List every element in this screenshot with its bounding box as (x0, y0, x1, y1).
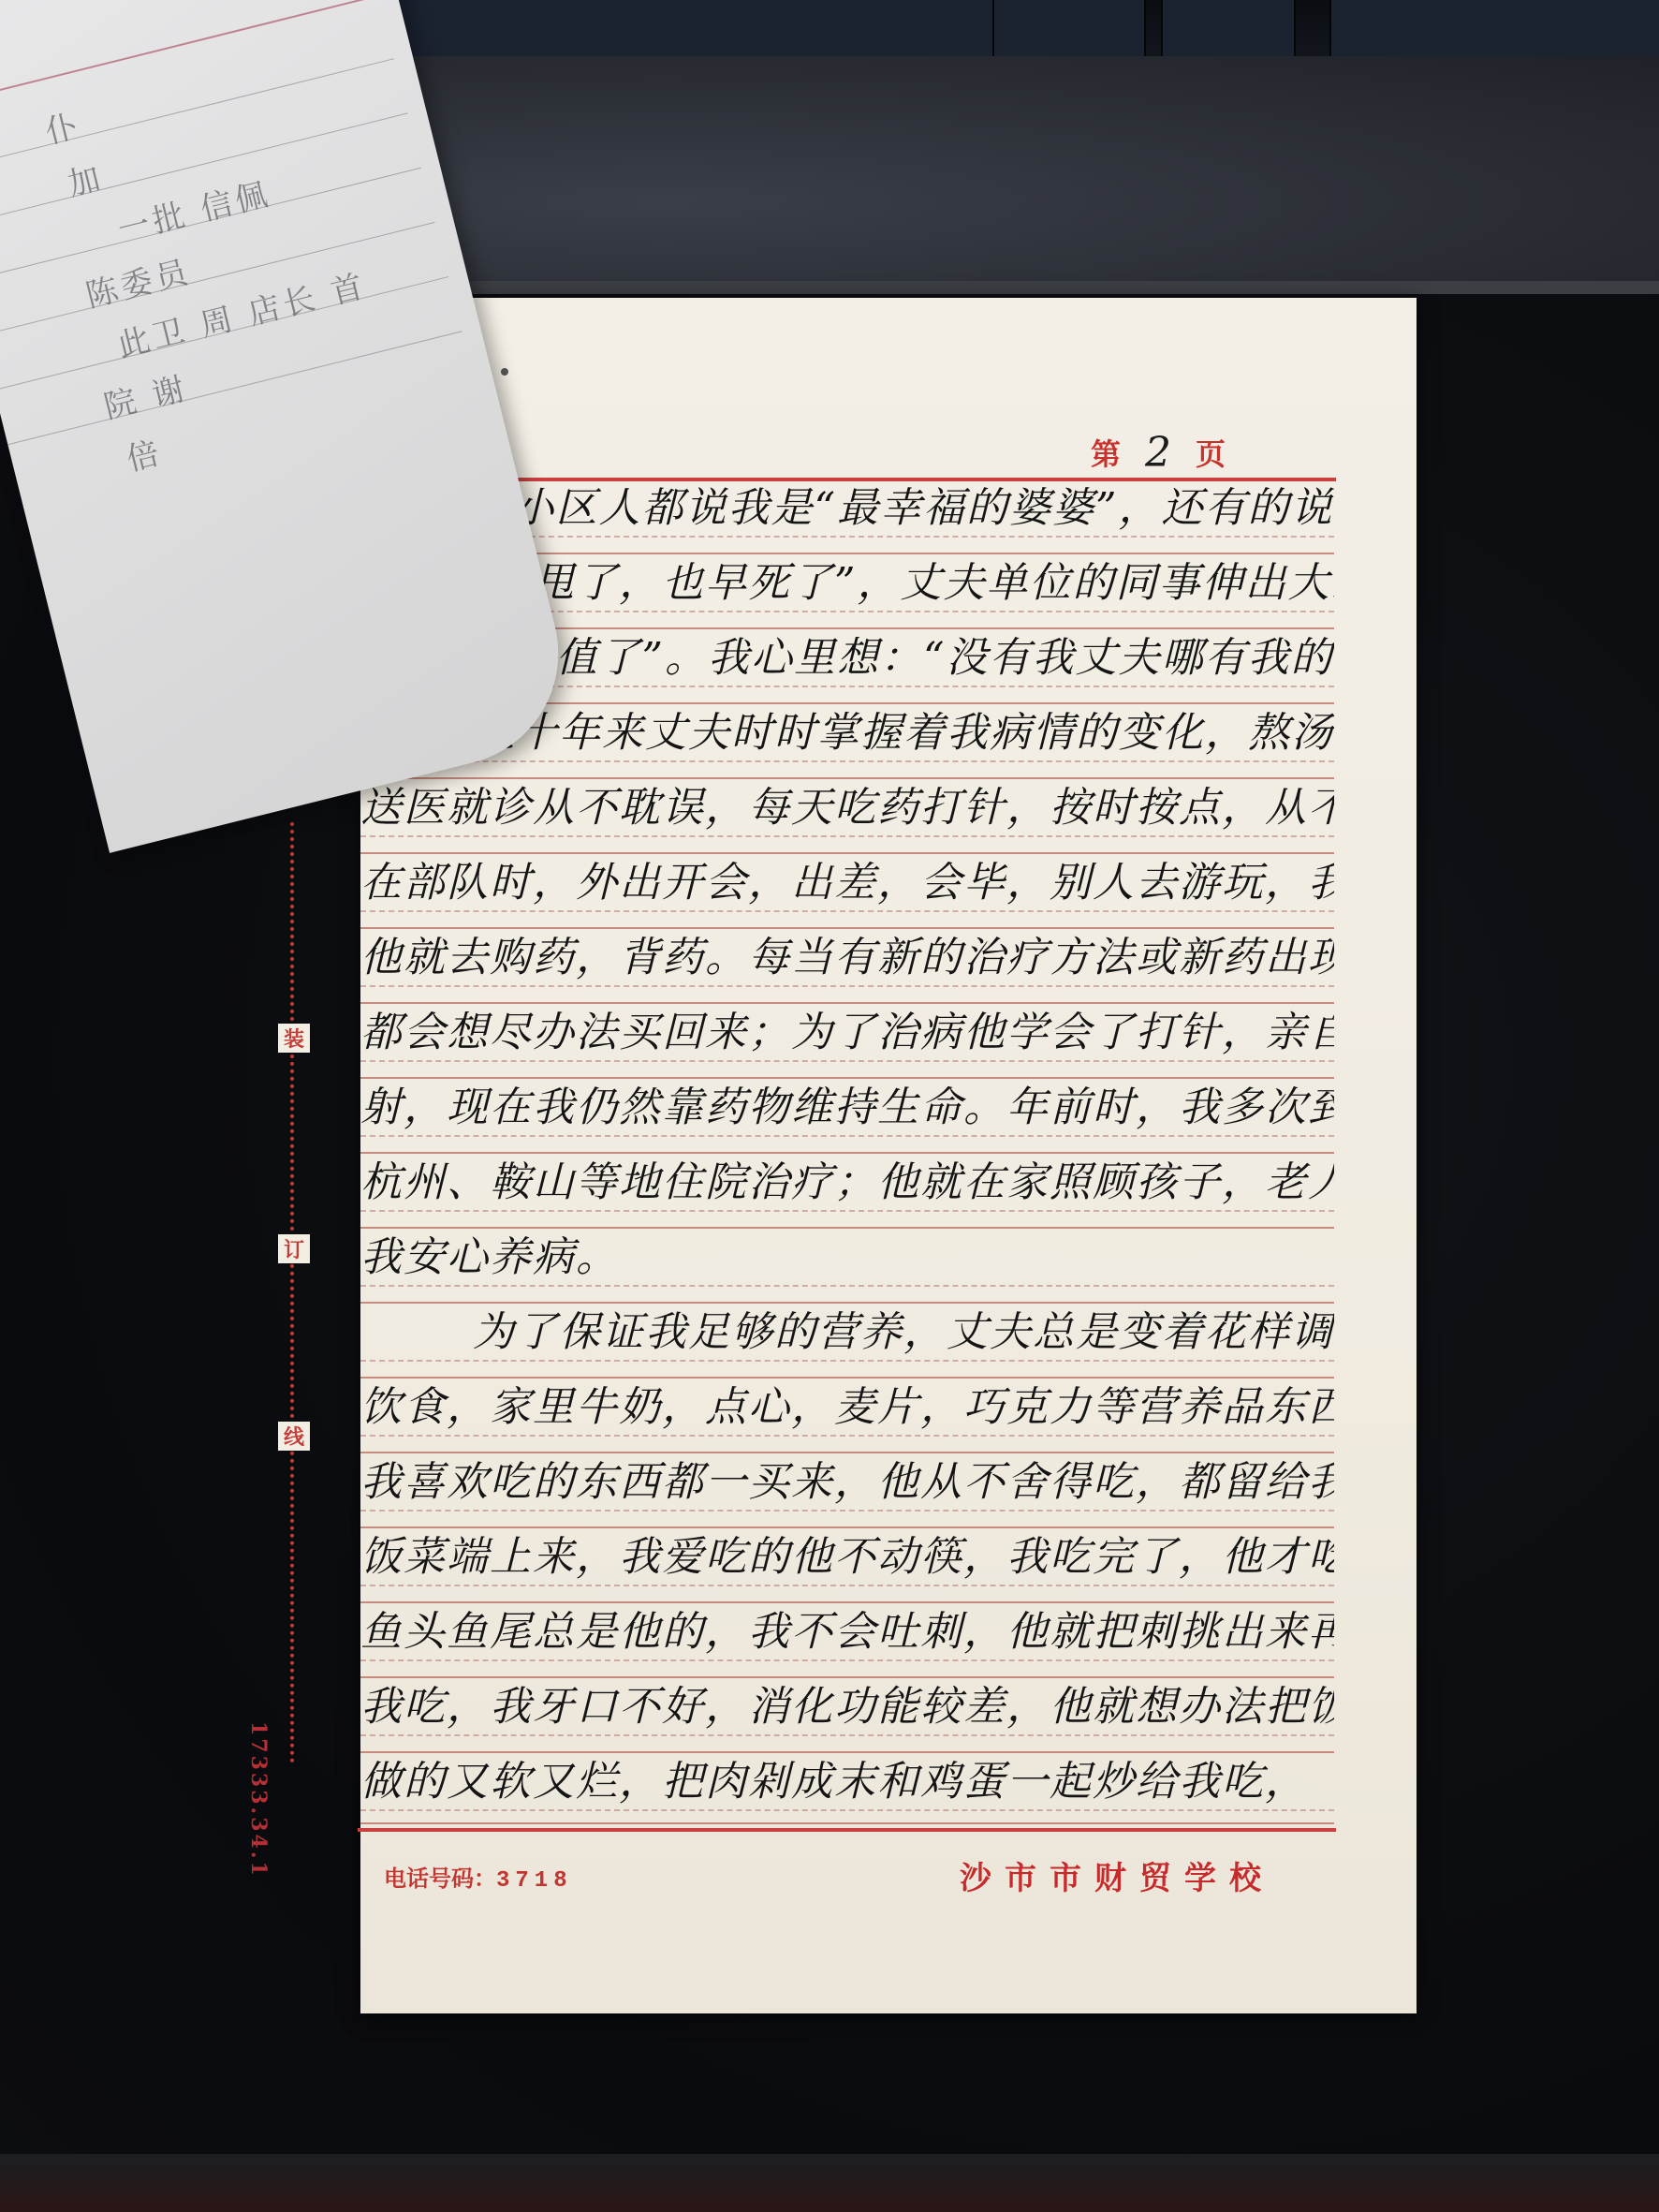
desk-edge (0, 2154, 1659, 2212)
tissue-writing: 院 谢 (98, 362, 192, 428)
binding-label-ding: 订 (278, 1234, 310, 1263)
text-line: 做的又软又烂，把肉剁成末和鸡蛋一起炒给我吃， (360, 1749, 1334, 1822)
text-line: 都会想尽办法买回来；为了治病他学会了打针，亲自给我注 (360, 1000, 1334, 1073)
thin-rule (360, 1822, 1334, 1824)
phone-number: 3718 (496, 1868, 573, 1894)
text-line: 在部队时，外出开会，出差，会毕，别人去游玩，我仅常叙； (360, 850, 1334, 923)
desk-mat-edge (309, 281, 1659, 294)
text-line: 杭州、鞍山等地住院治疗；他就在家照顾孩子，老人，让 (360, 1150, 1334, 1223)
thick-rule (358, 1828, 1336, 1832)
tissue-rule (0, 0, 433, 96)
page-number: 2 (1145, 429, 1171, 477)
text-line: 为了保证我足够的营养，丈夫总是变着花样调节 (360, 1300, 1334, 1373)
text-line: 我喜欢吃的东西都一买来，他从不舍得吃，都留给我慢慢吃， (360, 1450, 1334, 1523)
text-line: 射，现在我仍然靠药物维持生命。年前时，我多次到北京 (360, 1075, 1334, 1148)
binding-line (290, 822, 313, 1763)
text-line: 饮食，家里牛奶，点心，麦片，巧克力等营养品东西从不缺少， (360, 1375, 1334, 1448)
tissue-writing: 倍 (121, 426, 167, 479)
binding-label-xian: 线 (278, 1422, 310, 1451)
text-line: 饭菜端上来，我爱吃的他不动筷，我吃完了，他才吃；吃鱼， (360, 1525, 1334, 1598)
text-line: 我安心养病。 (360, 1225, 1334, 1298)
tissue-rule (7, 331, 462, 445)
page-label-suffix: 页 (1196, 431, 1226, 474)
punch-hole (501, 368, 508, 376)
text-line: 送医就诊从不耽误，每天吃药打针，按时按点，从不错过， (360, 775, 1334, 848)
page-label-prefix: 第 (1091, 431, 1121, 474)
phone-label: 电话号码： (384, 1865, 496, 1892)
page-header: 第 2 页 (1091, 424, 1334, 480)
footer-phone: 电话号码：3718 (384, 1860, 573, 1894)
form-code: 17333.34.1 (248, 1721, 271, 1879)
binding-label-zhuang: 装 (278, 1024, 310, 1053)
text-line: 我吃，我牙口不好，消化功能较差，他就想办法把饭菜 (360, 1674, 1334, 1747)
text-line: 他就去购药，背药。每当有新的治疗方法或新药出现， (360, 925, 1334, 998)
footer-school-name: 沙市市财贸学校 (960, 1852, 1274, 1898)
text-line: 鱼头鱼尾总是他的，我不会吐刺，他就把刺挑出来再给 (360, 1600, 1334, 1673)
